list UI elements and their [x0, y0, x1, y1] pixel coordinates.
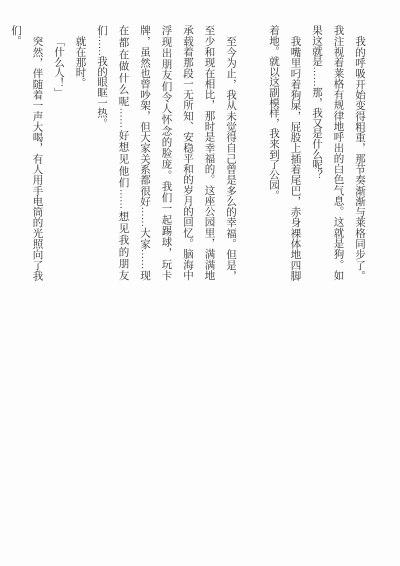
section-break [241, 25, 263, 26]
paragraph: 至今为止，我从未觉得自己曾是多么的幸福。但是，至少和现在相比，那时是幸福的。这座… [91, 25, 242, 280]
book-page: 我的呼吸开始变得粗重，那节奏渐渐与莱格同步了。我注视着莱格有规律地呼出的白色气息… [0, 0, 400, 566]
vertical-text-block: 我的呼吸开始变得粗重，那节奏渐渐与莱格同步了。我注视着莱格有规律地呼出的白色气息… [5, 25, 371, 280]
paragraph: 「什么人！」 [48, 25, 70, 280]
paragraph: 就在那时。 [69, 25, 91, 280]
paragraph: 我嘴里叼着狗屎，屁股上插着尾巴，赤身裸体地四脚着地。就以这副模样，我来到了公园。 [263, 25, 306, 280]
paragraph: 我的呼吸开始变得粗重，那节奏渐渐与莱格同步了。我注视着莱格有规律地呼出的白色气息… [306, 25, 371, 280]
paragraph: 突然，伴随着一声大喝，有人用手电筒的光照向了我们。 [5, 25, 48, 280]
